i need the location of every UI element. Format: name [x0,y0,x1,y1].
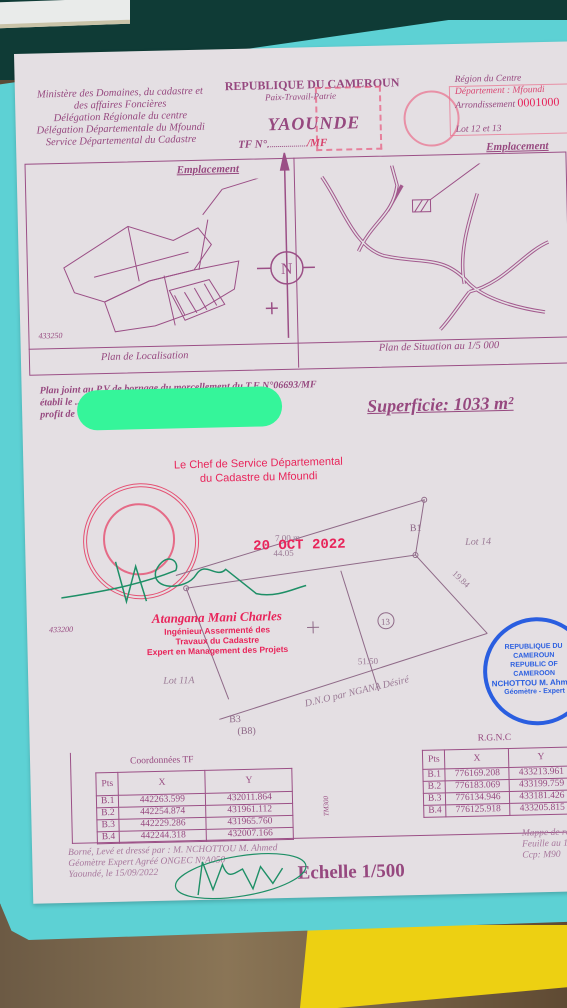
lot-11a-label: Lot 11A [163,675,194,687]
emplacement-label-right: Emplacement [486,140,549,153]
fiscal-stamp-square [315,86,382,151]
coordonnees-tf-title: Coordonnées TF [130,755,194,766]
red-stamp-rectangle [449,83,567,136]
point-b1: B1 [410,523,422,534]
table-row: B.4776125.918433205.815 [424,802,567,817]
lot-14-label: Lot 14 [465,536,491,548]
ministry-header: Ministère des Domaines, du cadastre et d… [25,85,216,149]
superficie: Superficie: 1033 m² [367,393,514,417]
mappe-info: Mappe de rép Feuille au 1/ Ccp: M90 [522,827,567,861]
geometre-seal-text: REPUBLIQUE DU CAMEROUN REPUBLIC OF CAMER… [489,641,567,697]
svg-text:N: N [281,261,293,278]
dimension-51-50: 51.50 [358,656,378,666]
background-papers [0,0,130,28]
redacted-name [77,386,283,431]
cadastral-plan-document: Ministère des Domaines, du cadastre et d… [14,41,567,903]
emplacement-label-left: Emplacement [177,163,240,176]
vertical-grid-label: TM300 [322,796,330,816]
scale-label: Echelle 1/500 [297,860,405,884]
point-b8: (B8) [237,726,256,737]
localisation-caption: Plan de Localisation [101,350,189,363]
rgnc-table: PtsXY B.1776169.208433213.961 B.2776183.… [422,746,567,817]
green-signature [55,537,317,623]
surveyor-signature [172,847,313,905]
situation-plan-drawing [302,162,566,338]
coordonnees-tf-table: PtsXY B.1442263.599432011.864 B.2442254.… [95,768,294,844]
rgnc-title: R.G.N.C [478,733,512,744]
parcel-coordinate-label: 433200 [49,625,73,635]
svg-text:13: 13 [381,617,391,627]
point-b3: B3 [229,714,241,725]
